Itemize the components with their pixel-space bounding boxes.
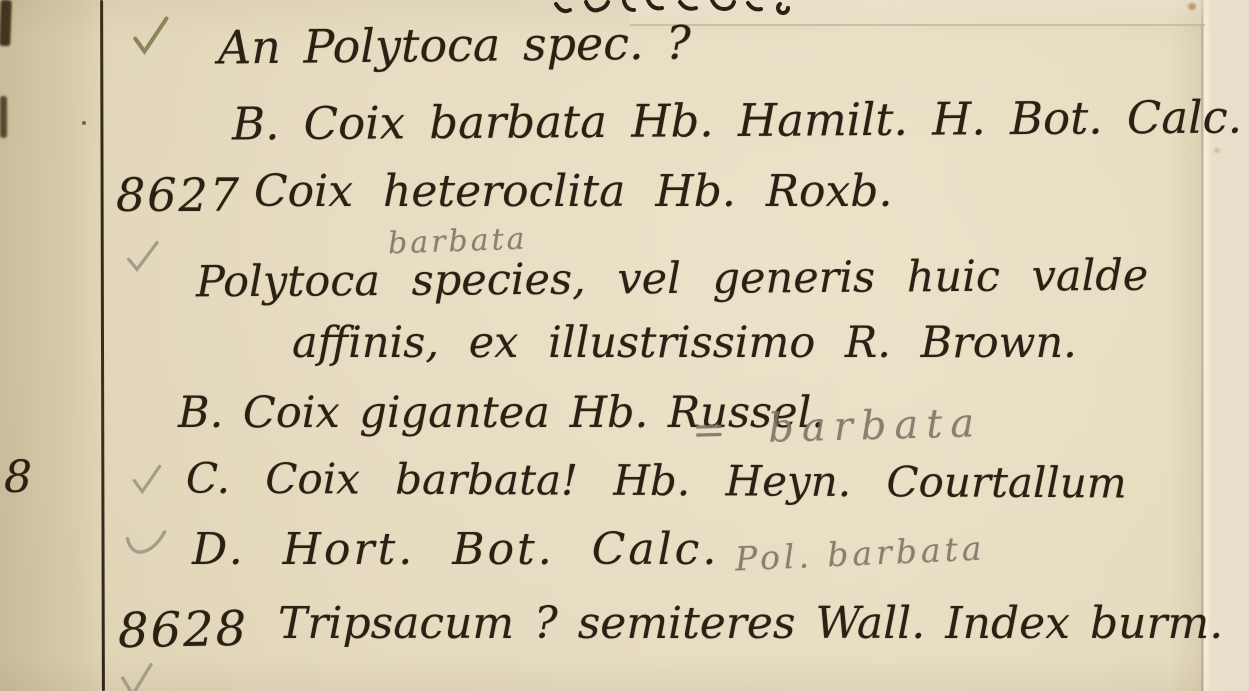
checkmark-icon [124, 524, 168, 560]
pencil-annotation: = barbata [691, 400, 982, 454]
cut-off-handwriting-fragment [552, 0, 812, 15]
entry-line-4: Polytoca species, vel generis huic valde [196, 251, 1149, 308]
stain-spot [1214, 148, 1220, 153]
checkmark-icon [128, 460, 166, 498]
checkmark-icon [116, 658, 156, 691]
entry-number-8627: 8627 [116, 168, 241, 222]
entry-line-7: C. Coix barbata! Hb. Heyn. Courtallum [186, 454, 1127, 508]
ink-smudge [0, 0, 12, 46]
pencil-annotation: Pol. barbata [734, 529, 986, 579]
entry-line-2: B. Coix barbata Hb. Hamilt. H. Bot. Calc… [232, 90, 1242, 150]
entry-line-3: Coix heteroclita Hb. Roxb. [254, 166, 892, 217]
margin-rule-line [100, 0, 105, 691]
entry-number-8628: 8628 [118, 601, 249, 659]
entry-line-8: D. Hort. Bot. Calc. [192, 524, 719, 575]
stain-spot [1188, 3, 1196, 10]
checkmark-icon [128, 12, 172, 58]
entry-line-5: affinis, ex illustrissimo R. Brown. [292, 318, 1077, 368]
entry-line-9: Tripsacum ? semiteres Wall. Index burm. [278, 598, 1223, 649]
entry-line-1: An Polytoca spec. ? [218, 16, 691, 75]
left-edge-partial-number: 8 [4, 452, 32, 503]
checkmark-icon [122, 236, 162, 276]
ink-smudge [0, 96, 7, 138]
stain-spot [82, 121, 86, 125]
manuscript-page: 8 An Polytoca spec. ? B. Coix barbata Hb… [0, 0, 1249, 691]
